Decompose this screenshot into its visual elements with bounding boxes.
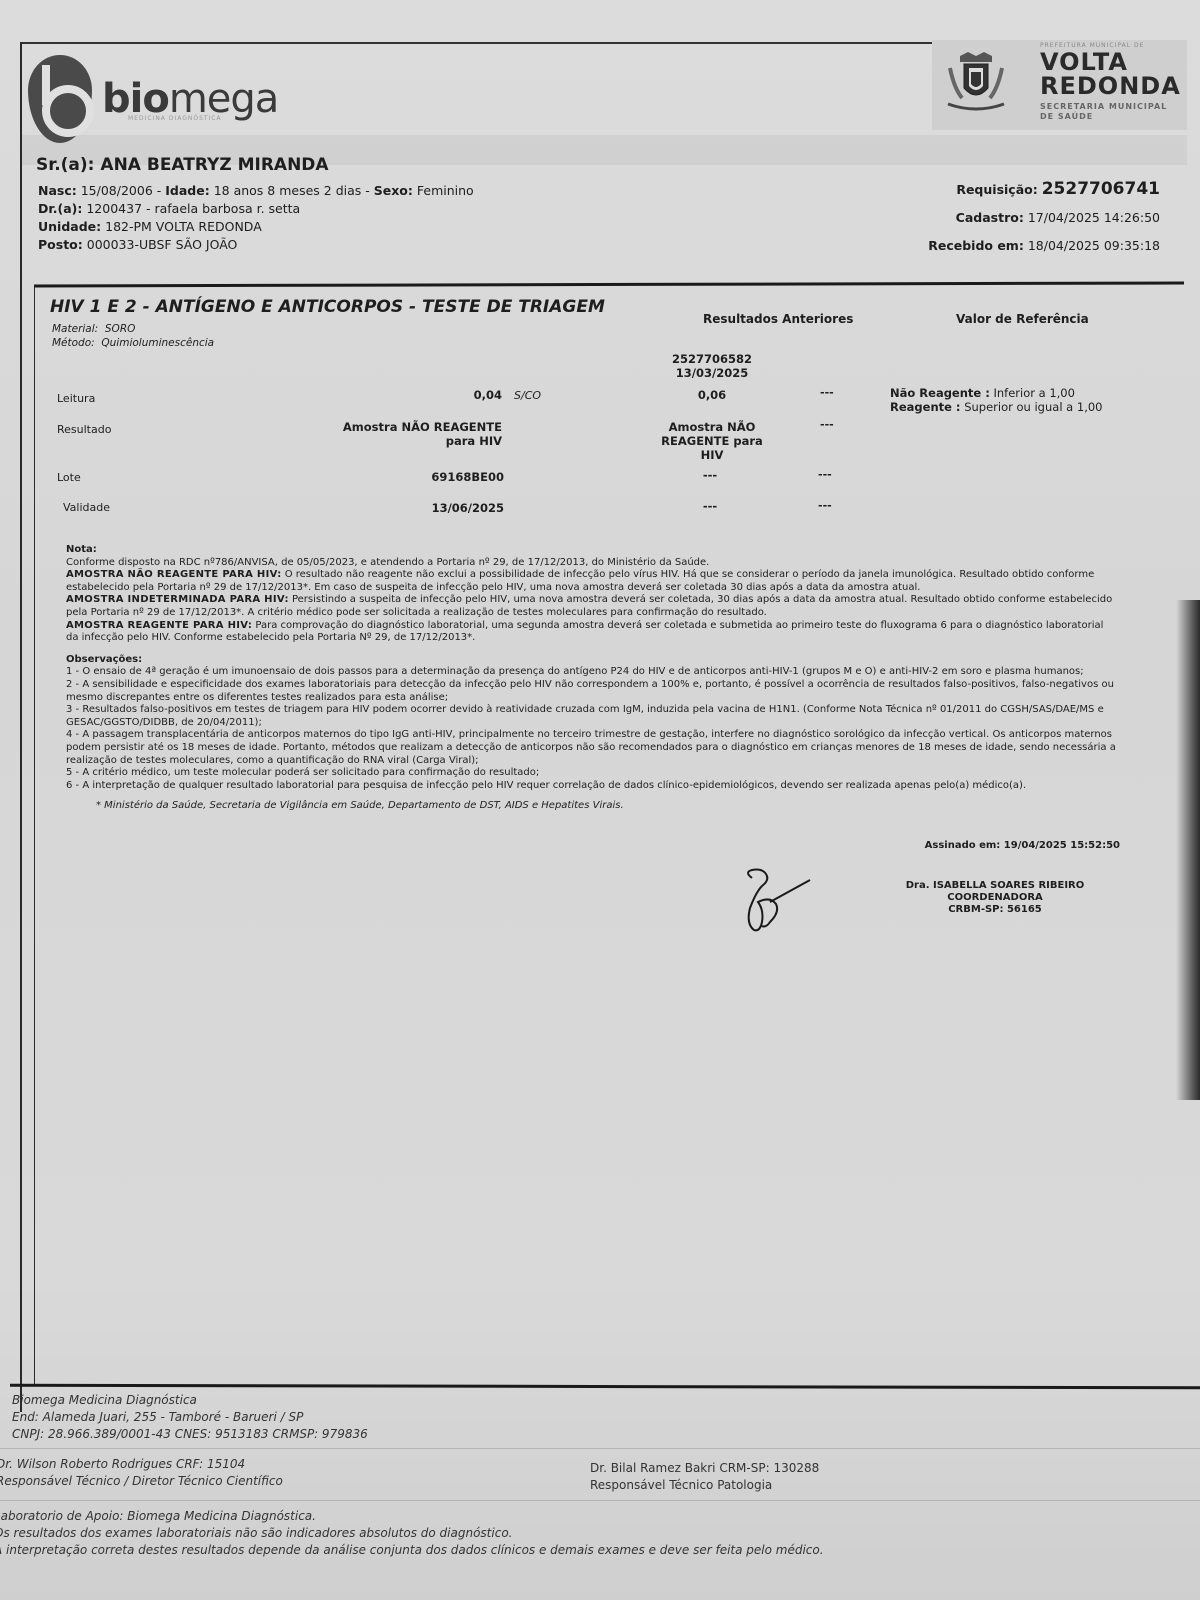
requisition-line: Requisição: 2527706741 — [928, 175, 1160, 204]
requisition-number: 2527706741 — [1042, 179, 1160, 199]
resultado-previous-2: --- — [820, 418, 834, 431]
unit-value: 182-PM VOLTA REDONDA — [105, 219, 262, 234]
disclaimer-1: Os resultados dos exames laboratoriais n… — [0, 1525, 824, 1542]
tech1-name: Dr. Wilson Roberto Rodrigues CRF: 15104 — [0, 1456, 283, 1473]
previous-result-id: 2527706582 13/03/2025 — [642, 352, 782, 380]
received-line: Recebido em: 18/04/2025 09:35:18 — [928, 232, 1160, 260]
row-label-leitura: Leitura — [57, 392, 95, 405]
post-line: Posto: 000033-UBSF SÃO JOÃO — [38, 236, 474, 254]
resultado-value: Amostra NÃO REAGENTE para HIV — [300, 420, 502, 448]
resultado-line2: para HIV — [300, 434, 502, 448]
ref-reactive: Reagente : Superior ou igual a 1,00 — [890, 400, 1102, 414]
signer-name: Dra. ISABELLA SOARES RIBEIRO — [880, 880, 1110, 892]
ref-r-label: Reagente : — [890, 400, 961, 414]
patient-info: Nasc: 15/08/2006 - Idade: 18 anos 8 mese… — [38, 182, 474, 254]
signed-value: 19/04/2025 15:52:50 — [1004, 840, 1120, 851]
resultado-previous-line3: HIV — [642, 448, 782, 462]
registration-label: Cadastro: — [956, 210, 1024, 225]
handwritten-signature-icon — [740, 866, 820, 936]
material-value: SORO — [105, 323, 136, 335]
method-value: Quimioluminescência — [101, 337, 214, 349]
patient-name-value: ANA BEATRYZ MIRANDA — [100, 155, 328, 175]
ref-non-reactive: Não Reagente : Inferior a 1,00 — [890, 386, 1102, 400]
municipality-subtitle: SECRETARIA MUNICIPAL DE SAÚDE — [1040, 102, 1167, 122]
coat-of-arms-icon — [940, 48, 1012, 120]
validade-value: 13/06/2025 — [380, 501, 504, 515]
previous-date: 13/03/2025 — [642, 366, 782, 380]
validade-previous: --- — [640, 499, 780, 513]
footer-address: End: Alameda Juari, 255 - Tamboré - Baru… — [12, 1409, 368, 1426]
patient-demographics: Nasc: 15/08/2006 - Idade: 18 anos 8 mese… — [38, 182, 474, 200]
footer-tech1: Dr. Wilson Roberto Rodrigues CRF: 15104 … — [0, 1456, 283, 1490]
biomega-logo: biomega MEDICINA DIAGNÓSTICA — [28, 55, 278, 143]
resultado-previous-line1: Amostra NÃO — [642, 420, 782, 434]
validade-previous-2: --- — [818, 499, 832, 512]
nota-label: Nota: — [66, 544, 1116, 557]
footer-disclaimer: Laboratorio de Apoio: Biomega Medicina D… — [0, 1508, 824, 1559]
sexo-label: Sexo — [374, 183, 408, 198]
note-ind-label: AMOSTRA INDETERMINADA PARA HIV: — [66, 594, 289, 605]
lote-previous-2: --- — [818, 468, 832, 481]
note-r-label: AMOSTRA REAGENTE PARA HIV: — [66, 620, 252, 631]
unit-label: Unidade: — [38, 219, 101, 234]
observation-item: 1 - O ensaio de 4ª geração é um imunoens… — [66, 666, 1116, 679]
post-value: 000033-UBSF SÃO JOÃO — [87, 237, 238, 252]
received-value: 18/04/2025 09:35:18 — [1028, 238, 1160, 253]
page-edge-shadow — [1176, 600, 1200, 1100]
row-label-lote: Lote — [57, 471, 81, 484]
requisition-label: Requisição: — [956, 182, 1037, 197]
municipality-sub-line2: DE SAÚDE — [1040, 112, 1167, 122]
idade-label: Idade — [165, 183, 204, 198]
signer-role: COORDENADORA — [880, 892, 1110, 904]
method-label: Método: — [52, 337, 95, 349]
request-info: Requisição: 2527706741 Cadastro: 17/04/2… — [928, 175, 1160, 260]
footer-rule — [0, 1500, 1200, 1501]
note-reactive: AMOSTRA REAGENTE PARA HIV: Para comprova… — [66, 620, 1116, 645]
signed-label: Assinado em: — [925, 840, 1001, 851]
leitura-unit: S/CO — [514, 389, 541, 402]
disclaimer-2: A interpretação correta destes resultado… — [0, 1542, 824, 1559]
municipality-title: VOLTA REDONDA — [1040, 50, 1181, 98]
lote-value: 69168BE00 — [380, 470, 504, 484]
tech1-role: Responsável Técnico / Diretor Técnico Ci… — [0, 1473, 283, 1490]
ref-nr-value: Inferior a 1,00 — [993, 386, 1074, 400]
biomega-logo-icon — [28, 55, 92, 143]
ref-r-value: Superior ou igual a 1,00 — [964, 400, 1102, 414]
footer-company-name: Biomega Medicina Diagnóstica — [12, 1392, 368, 1409]
observation-item: 2 - A sensibilidade e especificidade dos… — [66, 679, 1116, 704]
note-indeterminate: AMOSTRA INDETERMINADA PARA HIV: Persisti… — [66, 594, 1116, 619]
exam-title: HIV 1 E 2 - ANTÍGENO E ANTICORPOS - TEST… — [50, 297, 605, 317]
municipality-title-line2: REDONDA — [1040, 74, 1181, 98]
footer-rule — [0, 1448, 1200, 1449]
footer-ids: CNPJ: 28.966.389/0001-43 CNES: 9513183 C… — [12, 1426, 368, 1443]
municipality-sub-line1: SECRETARIA MUNICIPAL — [1040, 102, 1167, 112]
observations-label: Observações: — [66, 654, 1116, 667]
resultado-previous-line2: REAGENTE para — [642, 434, 782, 448]
footer-company: Biomega Medicina Diagnóstica End: Alamed… — [12, 1392, 368, 1443]
previous-id: 2527706582 — [642, 352, 782, 366]
signer-block: Dra. ISABELLA SOARES RIBEIRO COORDENADOR… — [880, 880, 1110, 916]
doctor-value: 1200437 - rafaela barbosa r. setta — [86, 201, 300, 216]
doctor-label: Dr.(a): — [38, 201, 82, 216]
observation-item: 3 - Resultados falso-positivos em testes… — [66, 704, 1116, 729]
doctor-line: Dr.(a): 1200437 - rafaela barbosa r. set… — [38, 200, 474, 218]
municipality-logo: PREFEITURA MUNICIPAL DE VOLTA REDONDA SE… — [932, 40, 1187, 130]
leitura-previous: 0,06 — [642, 388, 782, 402]
lab-report-page: biomega MEDICINA DIAGNÓSTICA PREFEITURA … — [0, 0, 1200, 1600]
signed-at: Assinado em: 19/04/2025 15:52:50 — [925, 840, 1120, 851]
observation-item: 4 - A passagem transplacentária de antic… — [66, 729, 1116, 767]
patient-name: Sr.(a): ANA BEATRYZ MIRANDA — [36, 155, 329, 175]
resultado-previous: Amostra NÃO REAGENTE para HIV — [642, 420, 782, 462]
sexo-value: Feminino — [417, 183, 474, 198]
results-frame — [34, 286, 1134, 1386]
footer-tech2: Dr. Bilal Ramez Bakri CRM-SP: 130288 Res… — [590, 1460, 819, 1494]
nasc-value: 15/08/2006 — [81, 183, 153, 198]
ref-nr-label: Não Reagente : — [890, 386, 990, 400]
received-label: Recebido em: — [928, 238, 1024, 253]
tech2-name: Dr. Bilal Ramez Bakri CRM-SP: 130288 — [590, 1460, 819, 1477]
support-lab: Laboratorio de Apoio: Biomega Medicina D… — [0, 1508, 824, 1525]
unit-line: Unidade: 182-PM VOLTA REDONDA — [38, 218, 474, 236]
tech2-role: Responsável Técnico Patologia — [590, 1477, 819, 1494]
lote-previous: --- — [640, 468, 780, 482]
signer-registry: CRBM-SP: 56165 — [880, 904, 1110, 916]
registration-line: Cadastro: 17/04/2025 14:26:50 — [928, 204, 1160, 232]
nasc-label: Nasc — [38, 183, 72, 198]
reference-header: Valor de Referência — [956, 312, 1089, 326]
exam-meta: Material: SORO Método: Quimioluminescênc… — [52, 322, 214, 350]
resultado-line1: Amostra NÃO REAGENTE — [300, 420, 502, 434]
notes-section: Nota: Conforme disposto na RDC nº786/ANV… — [66, 544, 1116, 813]
patient-name-label: Sr.(a): — [36, 155, 94, 175]
note-nr-label: AMOSTRA NÃO REAGENTE PARA HIV: — [66, 569, 282, 580]
brand-subtitle: MEDICINA DIAGNÓSTICA — [128, 115, 222, 122]
previous-results-header: Resultados Anteriores — [703, 312, 853, 326]
post-label: Posto: — [38, 237, 83, 252]
idade-value: 18 anos 8 meses 2 dias — [214, 183, 362, 198]
leitura-value: 0,04 — [400, 388, 502, 402]
observation-item: 6 - A interpretação de qualquer resultad… — [66, 780, 1116, 793]
municipality-title-line1: VOLTA — [1040, 50, 1181, 74]
material-line: Material: SORO — [52, 322, 214, 336]
registration-value: 17/04/2025 14:26:50 — [1028, 210, 1160, 225]
row-label-resultado: Resultado — [57, 423, 111, 436]
nota-intro: Conforme disposto na RDC nº786/ANVISA, d… — [66, 557, 1116, 570]
material-label: Material: — [52, 323, 98, 335]
leitura-previous-2: --- — [820, 386, 834, 399]
row-label-validade: Validade — [63, 501, 110, 514]
note-non-reactive: AMOSTRA NÃO REAGENTE PARA HIV: O resulta… — [66, 569, 1116, 594]
citation: * Ministério da Saúde, Secretaria de Vig… — [66, 800, 1116, 813]
reference-values: Não Reagente : Inferior a 1,00 Reagente … — [890, 386, 1102, 414]
observation-item: 5 - A critério médico, um teste molecula… — [66, 767, 1116, 780]
method-line: Método: Quimioluminescência — [52, 336, 214, 350]
